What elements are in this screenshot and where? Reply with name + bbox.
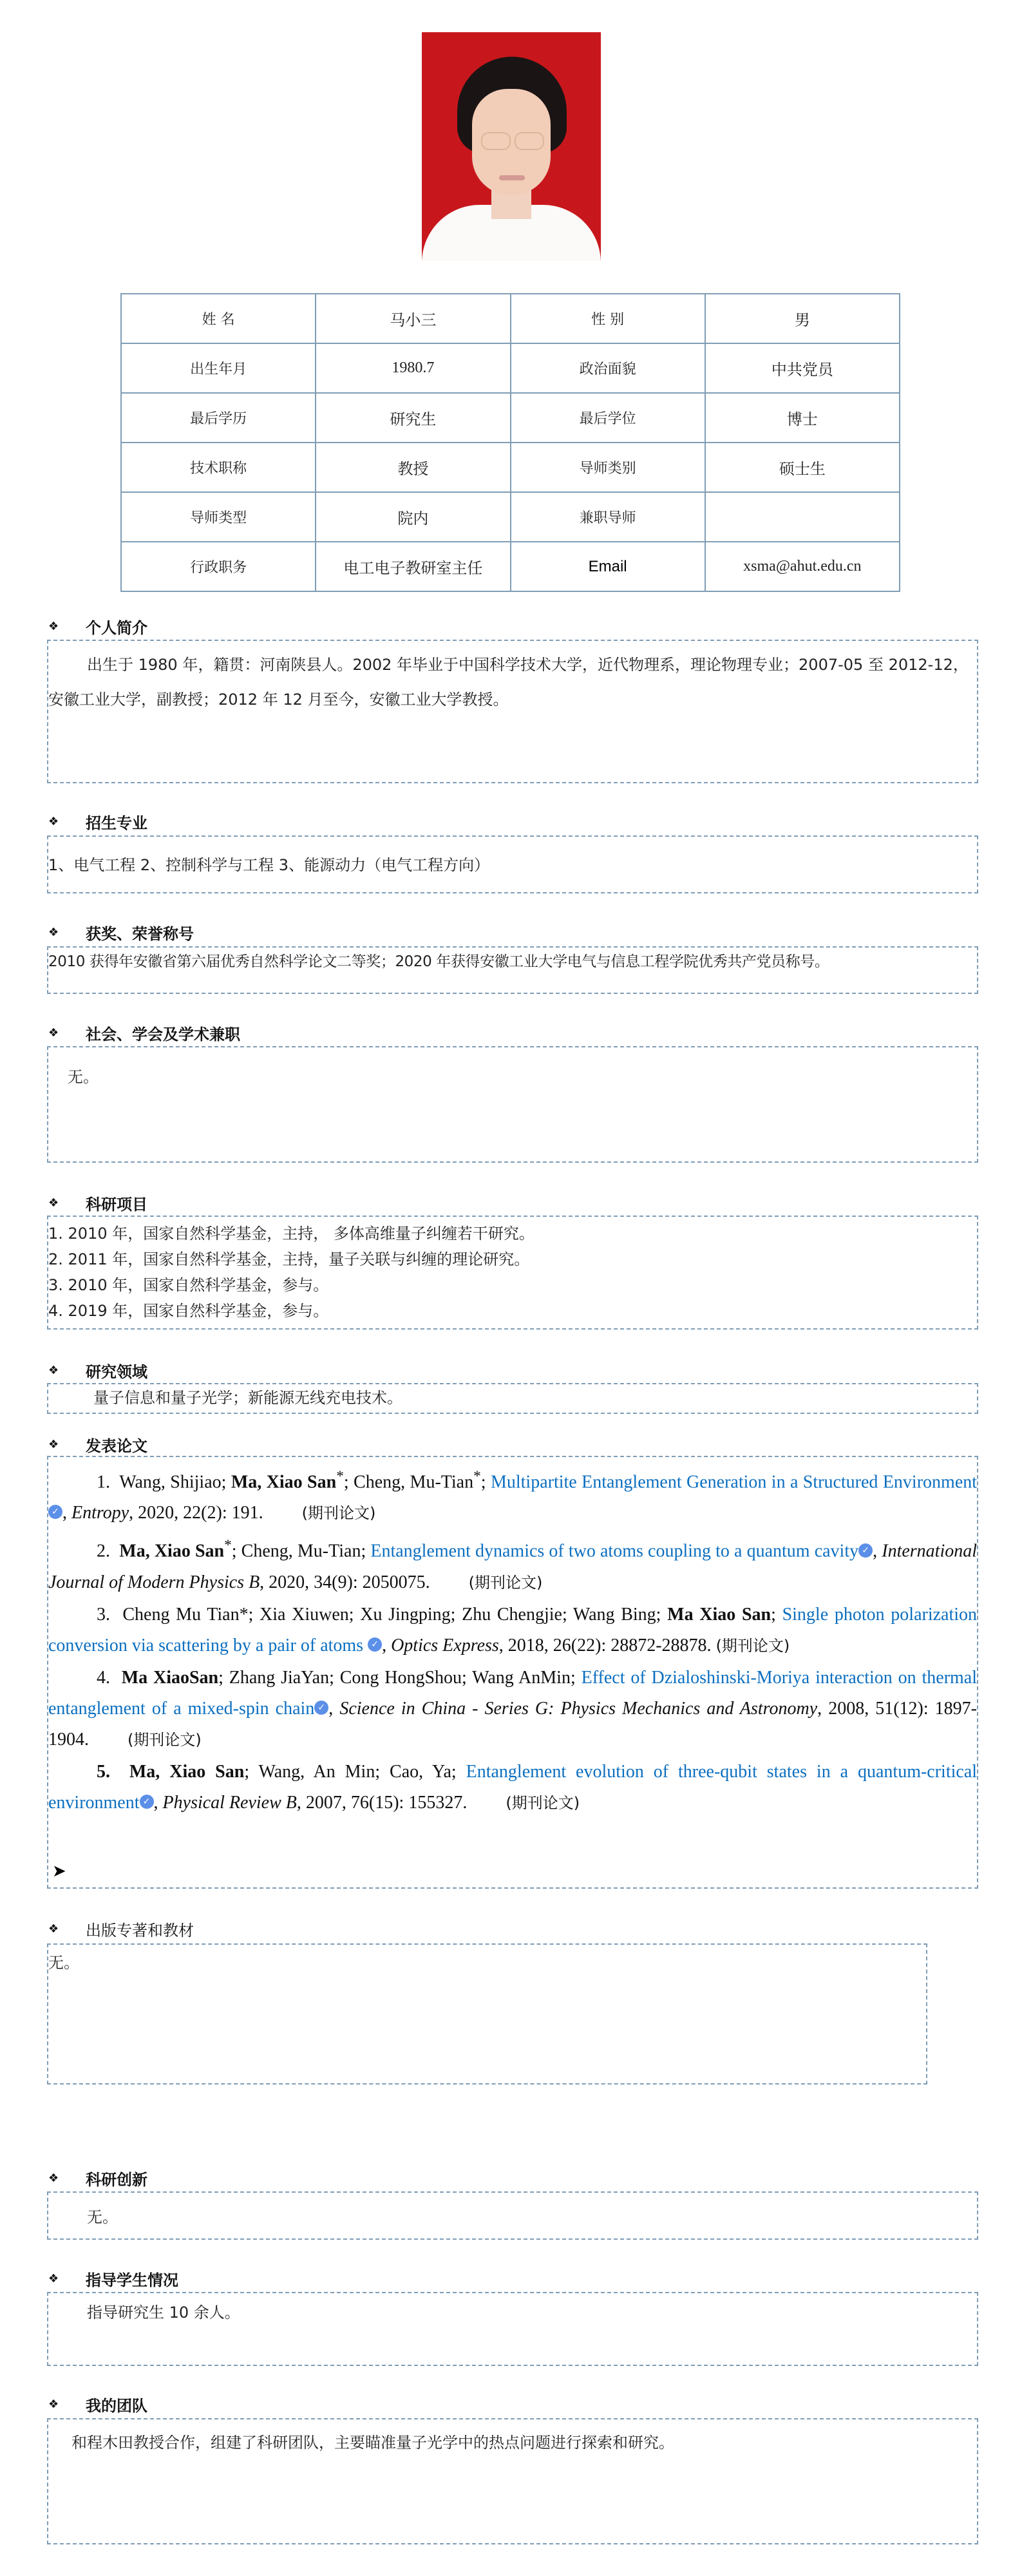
bio-box: 出生于 1980 年，籍贯：河南陕县人。2002 年毕业于中国科学技术大学，近代… [47, 640, 978, 783]
table-row: 行政职务 电工电子教研室主任 Email xsma@ahut.edu.cn [121, 542, 900, 591]
verified-badge-icon: ✓ [140, 1795, 154, 1809]
value-name: 马小三 [316, 294, 510, 343]
section-title-awards: ❖ 获奖、荣誉称号 [48, 921, 194, 944]
verified-badge-icon: ✓ [858, 1543, 873, 1558]
students-box: 指导研究生 10 余人。 [47, 2292, 978, 2366]
label-education: 最后学历 [121, 393, 316, 443]
label-birth: 出生年月 [121, 343, 316, 393]
innovation-box: 无。 [47, 2191, 978, 2240]
label-name: 姓 名 [121, 294, 316, 343]
table-row: 出生年月 1980.7 政治面貌 中共党员 [121, 343, 900, 393]
label-title: 技术职称 [121, 443, 316, 492]
section-title-projects: ❖ 科研项目 [48, 1192, 147, 1214]
label-supervisor-category: 导师类别 [511, 443, 705, 492]
awards-box: 2010 获得年安徽省第六届优秀自然科学论文二等奖；2020 年获得安徽工业大学… [47, 946, 978, 994]
research-area-box: 量子信息和量子光学；新能源无线充电技术。 [47, 1383, 978, 1414]
diamond-bullet-icon: ❖ [48, 815, 61, 828]
label-politics: 政治面貌 [511, 343, 705, 393]
awards-text: 2010 获得年安徽省第六届优秀自然科学论文二等奖；2020 年获得安徽工业大学… [48, 948, 977, 976]
section-title-innovation: ❖ 科研创新 [48, 2167, 147, 2190]
author-self: Ma, Xiao San [119, 1541, 224, 1561]
majors-text: 1、电气工程 2、控制科学与工程 3、能源动力（电气工程方向） [48, 850, 977, 881]
personal-info-table: 姓 名 马小三 性 别 男 出生年月 1980.7 政治面貌 中共党员 最后学历… [120, 293, 900, 592]
diamond-bullet-icon: ❖ [48, 1196, 61, 1210]
table-row: 技术职称 教授 导师类别 硕士生 [121, 443, 900, 492]
diamond-bullet-icon: ❖ [48, 2398, 61, 2411]
project-item: 1. 2010 年，国家自然科学基金，主持， 多体高维量子纠缠若干研究。 [48, 1221, 977, 1246]
table-row: 导师类型 院内 兼职导师 [121, 492, 900, 542]
label-admin-post: 行政职务 [121, 542, 316, 591]
arrow-marker-icon: ➤ [52, 1862, 66, 1881]
social-box: 无。 [47, 1046, 978, 1163]
publication-item: 5. Ma, Xiao San; Wang, An Min; Cao, Ya; … [48, 1757, 977, 1818]
team-text: 和程木田教授合作，组建了科研团队，主要瞄准量子光学中的热点问题进行探索和研究。 [71, 2427, 977, 2458]
publication-item: 4. Ma XiaoSan; Zhang JiaYan; Cong HongSh… [48, 1663, 977, 1755]
value-education: 研究生 [316, 393, 510, 443]
section-title-team: ❖ 我的团队 [48, 2393, 147, 2416]
bio-text: 出生于 1980 年，籍贯：河南陕县人。2002 年毕业于中国科学技术大学，近代… [48, 647, 977, 717]
section-title-social: ❖ 社会、学会及学术兼职 [48, 1022, 240, 1044]
team-box: 和程木田教授合作，组建了科研团队，主要瞄准量子光学中的热点问题进行探索和研究。 [47, 2418, 978, 2544]
label-part-time: 兼职导师 [511, 492, 705, 542]
verified-badge-icon: ✓ [314, 1701, 328, 1715]
table-row: 姓 名 马小三 性 别 男 [121, 294, 900, 343]
verified-badge-icon: ✓ [368, 1637, 382, 1652]
diamond-bullet-icon: ❖ [48, 1364, 61, 1377]
section-title-publications: ❖ 发表论文 [48, 1433, 147, 1456]
label-supervisor-type: 导师类型 [121, 492, 316, 542]
verified-badge-icon: ✓ [48, 1505, 62, 1519]
section-title-students: ❖ 指导学生情况 [48, 2267, 178, 2290]
diamond-bullet-icon: ❖ [48, 1922, 61, 1936]
diamond-bullet-icon: ❖ [48, 926, 61, 939]
value-admin-post: 电工电子教研室主任 [316, 542, 510, 591]
section-title-books: ❖ 出版专著和教材 [48, 1918, 194, 1940]
students-text: 指导研究生 10 余人。 [87, 2297, 977, 2328]
author-self: Ma Xiao San [667, 1605, 771, 1625]
diamond-bullet-icon: ❖ [48, 620, 61, 633]
value-supervisor-category: 硕士生 [705, 443, 900, 492]
label-gender: 性 别 [511, 294, 705, 343]
project-item: 2. 2011 年，国家自然科学基金，主持，量子关联与纠缠的理论研究。 [48, 1246, 977, 1272]
publication-title-link[interactable]: Multipartite Entanglement Generation in … [491, 1472, 977, 1492]
label-email: Email [511, 542, 705, 591]
publication-item: 3. Cheng Mu Tian*; Xia Xiuwen; Xu Jingpi… [48, 1599, 977, 1661]
author-self: Ma, Xiao San [231, 1472, 336, 1492]
profile-photo [422, 32, 601, 261]
label-degree: 最后学位 [511, 393, 705, 443]
value-degree: 博士 [705, 393, 900, 443]
section-title-majors: ❖ 招生专业 [48, 810, 147, 833]
publication-title-link[interactable]: Entanglement dynamics of two atoms coupl… [370, 1541, 858, 1561]
value-part-time [705, 492, 900, 542]
value-politics: 中共党员 [705, 343, 900, 393]
diamond-bullet-icon: ❖ [48, 2272, 61, 2285]
table-row: 最后学历 研究生 最后学位 博士 [121, 393, 900, 443]
books-box: 无。 [47, 1943, 927, 2085]
research-area-text: 量子信息和量子光学；新能源无线充电技术。 [93, 1384, 977, 1411]
diamond-bullet-icon: ❖ [48, 2171, 61, 2185]
diamond-bullet-icon: ❖ [48, 1438, 61, 1451]
publication-item: 2. Ma, Xiao San*; Cheng, Mu-Tian; Entang… [48, 1530, 977, 1598]
value-email[interactable]: xsma@ahut.edu.cn [705, 542, 900, 591]
value-birth: 1980.7 [316, 343, 510, 393]
value-title: 教授 [316, 443, 510, 492]
projects-box: 1. 2010 年，国家自然科学基金，主持， 多体高维量子纠缠若干研究。 2. … [47, 1216, 978, 1330]
project-item: 3. 2010 年，国家自然科学基金，参与。 [48, 1272, 977, 1298]
project-item: 4. 2019 年，国家自然科学基金，参与。 [48, 1298, 977, 1324]
value-supervisor-type: 院内 [316, 492, 510, 542]
publications-box: 1. Wang, Shijiao; Ma, Xiao San*; Cheng, … [47, 1456, 978, 1889]
publication-item: 1. Wang, Shijiao; Ma, Xiao San*; Cheng, … [48, 1461, 977, 1529]
value-gender: 男 [705, 294, 900, 343]
section-title-research-area: ❖ 研究领域 [48, 1359, 147, 1382]
books-text: 无。 [48, 1947, 926, 1978]
social-text: 无。 [68, 1062, 977, 1092]
innovation-text: 无。 [87, 2202, 977, 2233]
section-title-bio: ❖ 个人简介 [48, 615, 147, 638]
author-self: Ma XiaoSan [122, 1668, 218, 1688]
author-self: Ma, Xiao San [129, 1762, 244, 1782]
diamond-bullet-icon: ❖ [48, 1026, 61, 1040]
majors-box: 1、电气工程 2、控制科学与工程 3、能源动力（电气工程方向） [47, 835, 978, 893]
